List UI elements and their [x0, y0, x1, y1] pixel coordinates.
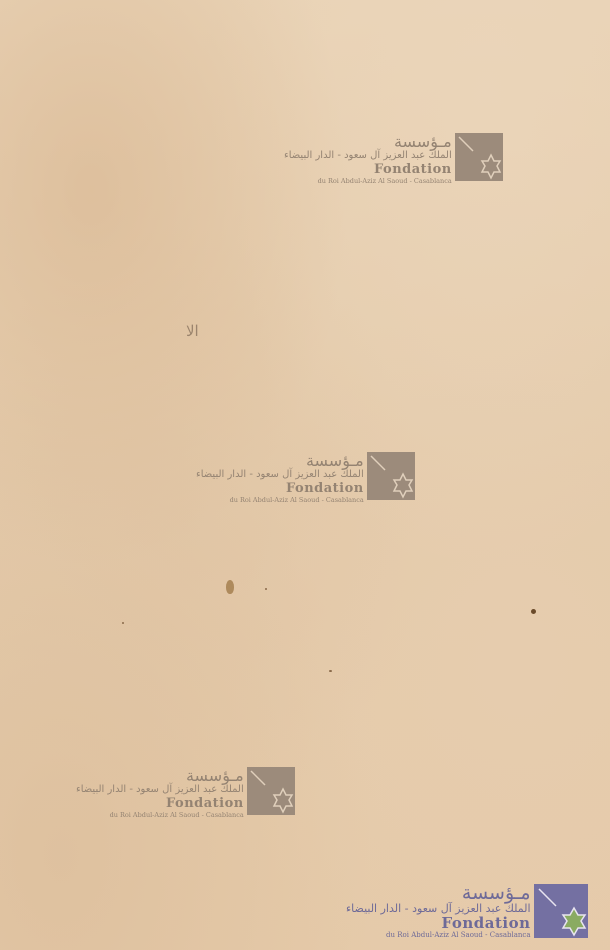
watermark-arabic-title: مـؤسسة	[462, 884, 531, 903]
stain	[122, 622, 124, 624]
stain	[329, 670, 332, 672]
stain	[226, 580, 234, 594]
stain	[265, 588, 267, 590]
watermark-latin-title: Fondation	[442, 915, 531, 931]
foundation-logo-icon	[367, 452, 415, 500]
watermark-arabic-title: مـؤسسة	[306, 452, 364, 469]
watermark-latin-title: Fondation	[166, 796, 244, 811]
watermark-arabic-title: مـؤسسة	[186, 767, 244, 784]
stain	[531, 609, 536, 614]
watermark-latin-subtitle: du Roi Abdul-Aziz Al Saoud - Casablanca	[230, 496, 364, 505]
watermark-arabic-subtitle: الملك عبد العزيز آل سعود - الدار البيضاء	[76, 784, 244, 796]
watermark-latin-subtitle: du Roi Abdul-Aziz Al Saoud - Casablanca	[110, 811, 244, 820]
foundation-watermark: مـؤسسة الملك عبد العزيز آل سعود - الدار …	[76, 767, 295, 820]
watermark-arabic-title: مـؤسسة	[394, 133, 452, 150]
foundation-watermark: مـؤسسة الملك عبد العزيز آل سعود - الدار …	[284, 133, 503, 186]
watermark-latin-subtitle: du Roi Abdul-Aziz Al Saoud - Casablanca	[318, 177, 452, 186]
watermark-latin-title: Fondation	[286, 481, 364, 496]
watermark-latin-subtitle: du Roi Abdul-Aziz Al Saoud - Casablanca	[386, 931, 530, 940]
watermark-arabic-subtitle: الملك عبد العزيز آل سعود - الدار البيضاء	[196, 469, 364, 481]
foundation-watermark: مـؤسسة الملك عبد العزيز آل سعود - الدار …	[196, 452, 415, 505]
foundation-logo-icon	[534, 884, 588, 938]
foundation-watermark-color: مـؤسسة الملك عبد العزيز آل سعود - الدار …	[346, 884, 588, 940]
watermark-arabic-subtitle: الملك عبد العزيز آل سعود - الدار البيضاء	[284, 150, 452, 162]
handwritten-mark: الا	[186, 322, 199, 340]
watermark-latin-title: Fondation	[374, 162, 452, 177]
foundation-logo-icon	[455, 133, 503, 181]
foundation-logo-icon	[247, 767, 295, 815]
